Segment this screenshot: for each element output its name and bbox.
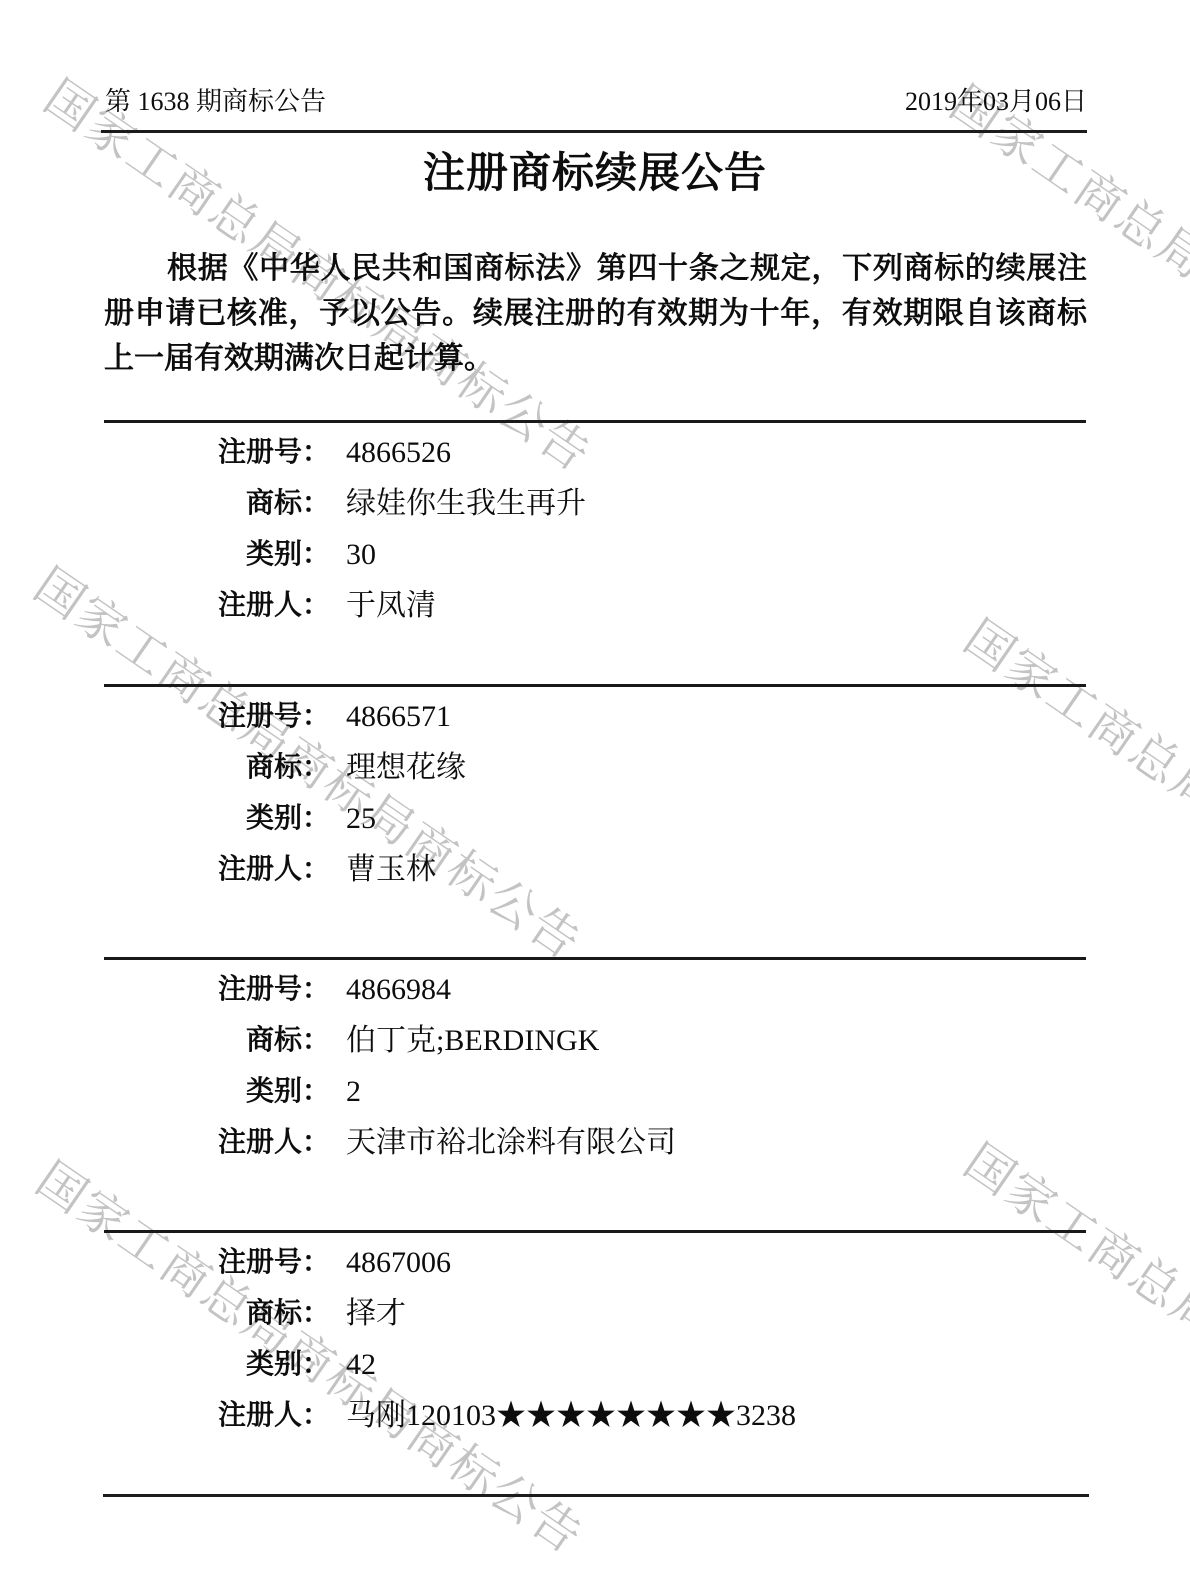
registrant-label: 注册人：: [104, 844, 330, 895]
closing-rule: [103, 1494, 1089, 1497]
header-rule: [101, 130, 1087, 133]
record-row-registrant: 注册人： 于凤清: [104, 580, 1086, 631]
reg-no-label: 注册号：: [104, 964, 330, 1015]
registrant-value: 于凤清: [330, 580, 436, 631]
trademark-record: 注册号： 4866571 商标： 理想花缘 类别： 25 注册人： 曹玉林: [104, 684, 1086, 895]
category-label: 类别：: [104, 793, 330, 844]
trademark-value: 择才: [330, 1288, 406, 1339]
trademark-value: 绿娃你生我生再升: [330, 478, 586, 529]
reg-no-label: 注册号：: [104, 427, 330, 478]
record-row-registrant: 注册人： 曹玉林: [104, 844, 1086, 895]
record-row-reg-no: 注册号： 4866526: [104, 427, 1086, 478]
trademark-label: 商标：: [104, 742, 330, 793]
record-row-category: 类别： 30: [104, 529, 1086, 580]
registrant-value: 天津市裕北涂料有限公司: [330, 1117, 676, 1168]
record-row-category: 类别： 2: [104, 1066, 1086, 1117]
record-row-trademark: 商标： 择才: [104, 1288, 1086, 1339]
registrant-label: 注册人：: [104, 1390, 330, 1441]
registrant-label: 注册人：: [104, 580, 330, 631]
registrant-label: 注册人：: [104, 1117, 330, 1168]
trademark-label: 商标：: [104, 478, 330, 529]
reg-no-value: 4866526: [330, 427, 451, 478]
registrant-value: 曹玉林: [330, 844, 436, 895]
category-value: 2: [330, 1066, 361, 1117]
category-value: 30: [330, 529, 376, 580]
trademark-record: 注册号： 4866984 商标： 伯丁克;BERDINGK 类别： 2 注册人：…: [104, 957, 1086, 1168]
reg-no-value: 4866571: [330, 691, 451, 742]
reg-no-label: 注册号：: [104, 691, 330, 742]
record-row-registrant: 注册人： 马刚120103★★★★★★★★3238: [104, 1390, 1086, 1441]
page-header: 第 1638 期商标公告 2019年03月06日: [105, 86, 1087, 118]
registrant-value: 马刚120103★★★★★★★★3238: [330, 1390, 796, 1441]
gazette-issue: 第 1638 期商标公告: [105, 86, 326, 118]
record-row-trademark: 商标： 绿娃你生我生再升: [104, 478, 1086, 529]
trademark-label: 商标：: [104, 1288, 330, 1339]
reg-no-value: 4867006: [330, 1237, 451, 1288]
category-value: 25: [330, 793, 376, 844]
reg-no-value: 4866984: [330, 964, 451, 1015]
record-row-reg-no: 注册号： 4866571: [104, 691, 1086, 742]
record-row-reg-no: 注册号： 4867006: [104, 1237, 1086, 1288]
trademark-record: 注册号： 4867006 商标： 择才 类别： 42 注册人： 马刚120103…: [104, 1230, 1086, 1441]
record-row-category: 类别： 25: [104, 793, 1086, 844]
category-value: 42: [330, 1339, 376, 1390]
record-row-category: 类别： 42: [104, 1339, 1086, 1390]
trademark-record: 注册号： 4866526 商标： 绿娃你生我生再升 类别： 30 注册人： 于凤…: [104, 420, 1086, 631]
category-label: 类别：: [104, 529, 330, 580]
category-label: 类别：: [104, 1339, 330, 1390]
trademark-value: 理想花缘: [330, 742, 466, 793]
intro-paragraph: 根据《中华人民共和国商标法》第四十条之规定，下列商标的续展注册申请已核准，予以公…: [104, 246, 1087, 381]
gazette-date: 2019年03月06日: [905, 86, 1087, 118]
trademark-value: 伯丁克;BERDINGK: [330, 1015, 599, 1066]
page-title: 注册商标续展公告: [0, 146, 1190, 202]
category-label: 类别：: [104, 1066, 330, 1117]
record-row-trademark: 商标： 理想花缘: [104, 742, 1086, 793]
record-row-trademark: 商标： 伯丁克;BERDINGK: [104, 1015, 1086, 1066]
trademark-label: 商标：: [104, 1015, 330, 1066]
reg-no-label: 注册号：: [104, 1237, 330, 1288]
record-row-reg-no: 注册号： 4866984: [104, 964, 1086, 1015]
record-row-registrant: 注册人： 天津市裕北涂料有限公司: [104, 1117, 1086, 1168]
